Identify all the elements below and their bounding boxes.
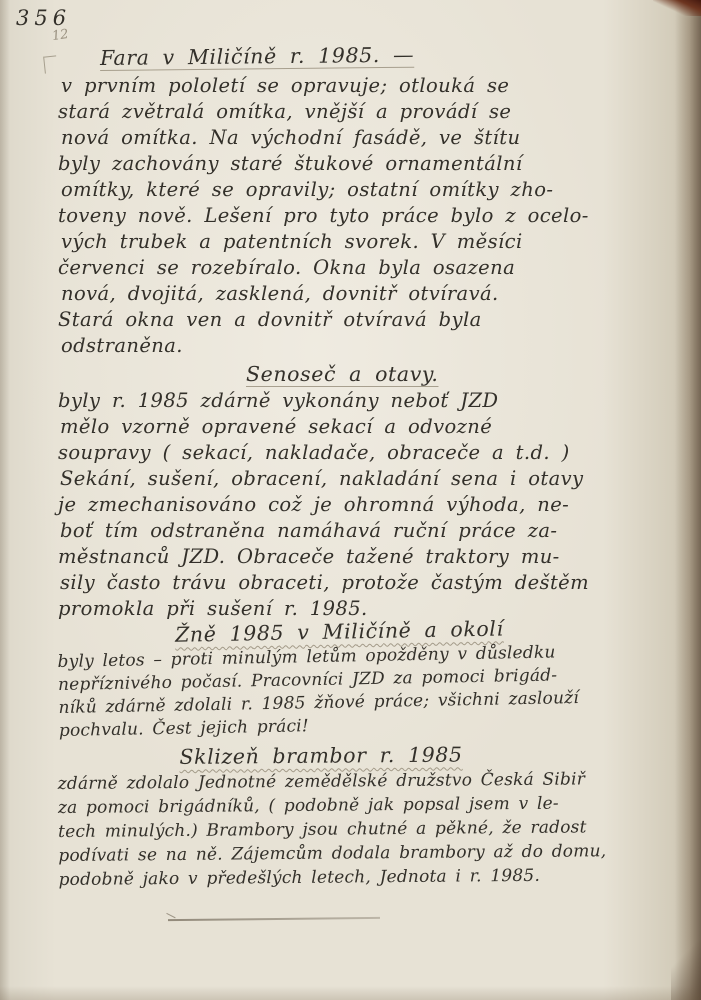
text-line: byly zachovány staré štukové ornamentáln…: [58, 151, 670, 177]
text-line: nová, dvojitá, zasklená, dovnitř otvírav…: [61, 281, 670, 307]
section-fara-repair: Fara v Miličíně r. 1985. — v prvním polo…: [58, 42, 670, 359]
scan-corner-top-right-dark: [653, 0, 701, 16]
text-line: vých trubek a patentních svorek. V měsíc…: [61, 229, 670, 255]
text-line: červenci se rozebíralo. Okna byla osazen…: [58, 255, 670, 281]
text-line: mělo vzorně opravené sekací a odvozné: [60, 414, 670, 440]
section-zne-harvest: Žně 1985 v Miličíně a okolí byly letos –…: [57, 612, 671, 743]
text-line: byly r. 1985 zdárně vykonány neboť JZD: [58, 388, 670, 414]
section-heading: Sklizeň brambor r. 1985: [179, 740, 669, 771]
text-line: nová omítka. Na východní fasádě, ve štít…: [61, 125, 670, 151]
text-line: Stará okna ven a dovnitř otvíravá byla: [58, 307, 670, 333]
text-line: Sekání, sušení, obracení, nakladání sena…: [60, 466, 670, 492]
pencil-line-artifact: [168, 917, 380, 921]
scan-edge-right-shadow: [675, 0, 701, 1000]
section-senosec: Senoseč a otavy. byly r. 1985 zdárně vyk…: [58, 361, 670, 622]
section-potato-harvest: Sklizeň brambor r. 1985 zdárně zdolalo J…: [57, 740, 670, 892]
text-line: sily často trávu obraceti, protože častý…: [60, 570, 670, 596]
text-line: toveny nově. Lešení pro tyto práce bylo …: [58, 203, 670, 229]
handwritten-text-column: Fara v Miličíně r. 1985. — v prvním polo…: [58, 42, 670, 892]
text-line: soupravy ( sekací, nakladače, obraceče a…: [58, 440, 670, 466]
text-line: odstraněna.: [61, 333, 670, 359]
pencil-bracket-mark: [43, 55, 58, 73]
section-heading: Fara v Miličíně r. 1985. —: [100, 39, 670, 72]
text-line: městnanců JZD. Obraceče tažené traktory …: [58, 544, 670, 570]
text-line: omítky, které se opravily; ostatní omítk…: [61, 177, 670, 203]
text-line: je zmechanisováno což je ohromná výhoda,…: [58, 492, 670, 518]
scanned-page: 356 12 Fara v Miličíně r. 1985. — v prvn…: [0, 0, 701, 1000]
section-heading: Senoseč a otavy.: [246, 361, 670, 388]
scan-edge-bottom-shadow: [0, 986, 701, 1000]
text-line: stará zvětralá omítka, vnější a provádí …: [58, 99, 670, 125]
text-line: boť tím odstraněna namáhavá ruční práce …: [60, 518, 670, 544]
scan-edge-left-shadow: [0, 0, 10, 1000]
text-line: v prvním pololetí se opravuje; otlouká s…: [61, 73, 670, 99]
page-number: 356: [16, 6, 71, 30]
text-line: podobně jako v předešlých letech, Jednot…: [58, 863, 670, 892]
